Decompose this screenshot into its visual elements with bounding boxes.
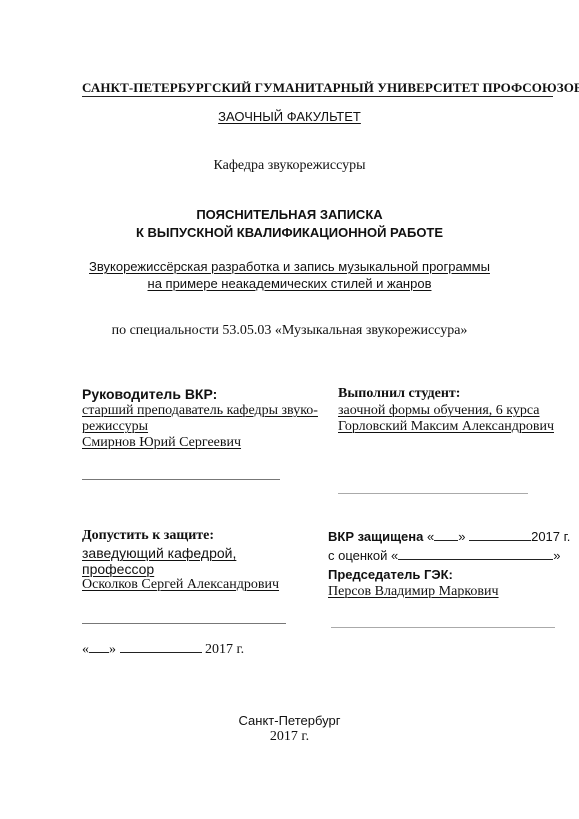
defense-grade-close: » [553,548,560,563]
student-block: Выполнил студент: заочной формы обучения… [338,385,568,435]
document-title-line-1: ПОЯСНИТЕЛЬНАЯ ЗАПИСКА [0,207,579,222]
thesis-topic-line-1: Звукорежиссёрская разработка и запись му… [0,259,579,274]
student-signature-line [338,493,528,494]
specialty: по специальности 53.05.03 «Музыкальная з… [0,323,579,339]
defense-chair-name: Персов Владимир Маркович [328,584,568,600]
footer-city: Санкт-Петербург [0,713,579,728]
supervisor-position-line-2: режиссуры [82,419,332,435]
admission-signature-line [82,623,286,624]
student-heading: Выполнил студент: [338,385,568,403]
supervisor-name: Смирнов Юрий Сергеевич [82,435,332,451]
defense-month-blank [469,528,531,541]
footer-year: 2017 г. [0,729,579,745]
defense-protected-year: 2017 г. [531,529,570,544]
header-rule [82,96,553,97]
defense-protected-line: ВКР защищена «» 2017 г. [328,527,568,546]
defense-grade-line: с оценкой «» [328,546,568,565]
admission-date: «» 2017 г. [82,640,244,658]
admission-date-year: 2017 г. [205,642,244,657]
document-title-line-2: К ВЫПУСКНОЙ КВАЛИФИКАЦИОННОЙ РАБОТЕ [0,225,579,240]
supervisor-block: Руководитель ВКР: старший преподаватель … [82,385,332,451]
defense-block: ВКР защищена «» 2017 г. с оценкой «» Пре… [328,527,568,600]
admission-date-close-quote: » [109,642,116,657]
admission-month-blank [120,640,202,653]
admission-block: Допустить к защите: заведующий кафедрой,… [82,527,322,593]
admission-date-open-quote: « [82,642,89,657]
admission-position-line-2: профессор [82,561,322,577]
defense-protected-open-quote: « [427,529,434,544]
faculty-name: ЗАОЧНЫЙ ФАКУЛЬТЕТ [0,109,579,124]
admission-name: Осколков Сергей Александрович [82,577,322,593]
defense-grade-label: с оценкой « [328,548,398,563]
university-name: САНКТ-ПЕТЕРБУРГСКИЙ ГУМАНИТАРНЫЙ УНИВЕРС… [82,80,553,96]
supervisor-heading: Руководитель ВКР: [82,385,332,403]
defense-protected-close: » [458,529,465,544]
thesis-topic-line-2: на примере неакадемических стилей и жанр… [0,276,579,291]
defense-chair-signature-line [331,627,555,628]
supervisor-position-line-1: старший преподаватель кафедры звуко- [82,403,332,419]
defense-protected-label-bold: ВКР защищена [328,529,423,544]
student-program: заочной формы обучения, 6 курса [338,403,568,419]
defense-grade-blank [398,547,553,560]
admission-day-blank [89,640,109,653]
defense-day-blank [434,528,458,541]
defense-chair-heading: Председатель ГЭК: [328,565,568,584]
admission-position-line-1: заведующий кафедрой, [82,545,322,561]
student-name: Горловский Максим Александрович [338,419,568,435]
admission-heading: Допустить к защите: [82,527,322,545]
supervisor-signature-line [82,479,280,480]
department-name: Кафедра звукорежиссуры [0,158,579,174]
